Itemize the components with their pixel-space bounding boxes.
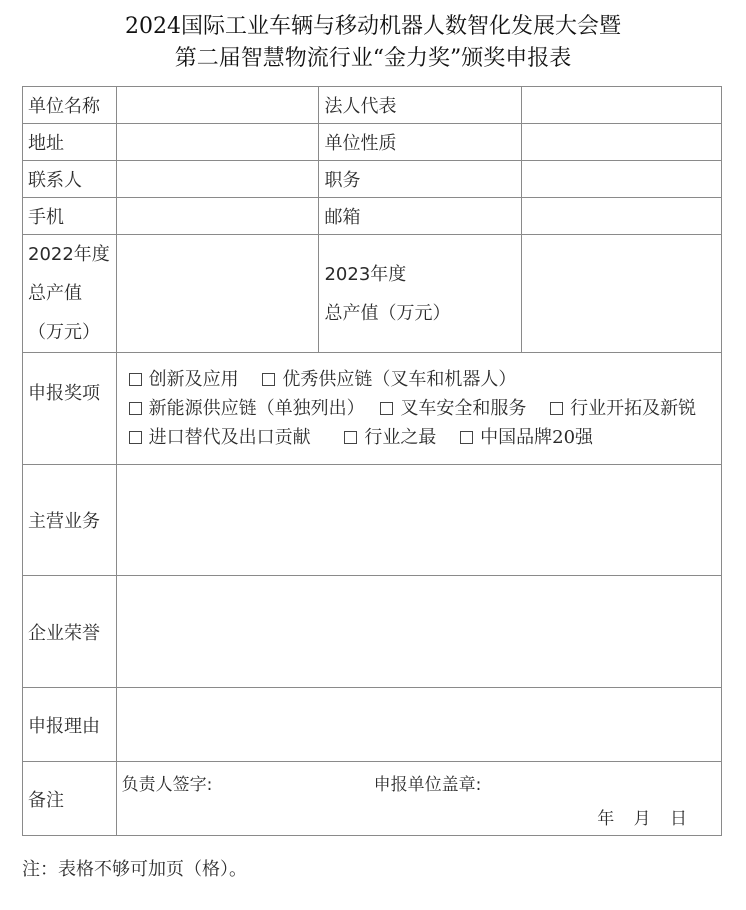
checkbox-icon[interactable] [550, 402, 563, 415]
checkbox-icon[interactable] [380, 402, 393, 415]
checkbox-icon[interactable] [129, 373, 142, 386]
award-option[interactable]: 进口替代及出口贡献 [129, 427, 311, 448]
company-name-label: 单位名称 [23, 87, 117, 124]
remarks-label: 备注 [23, 762, 117, 836]
main-business-label: 主营业务 [23, 465, 117, 576]
signature-label: 负责人签字: [122, 770, 213, 795]
reason-field[interactable] [116, 688, 721, 762]
checkbox-icon[interactable] [129, 431, 142, 444]
address-label: 地址 [23, 124, 117, 161]
remarks-field[interactable]: 负责人签字: 申报单位盖章: 年 月 日 [116, 762, 721, 836]
date-label: 年 月 日 [597, 804, 687, 829]
award-option[interactable]: 创新及应用 [129, 369, 239, 390]
contact-label: 联系人 [23, 161, 117, 198]
output-2022-field[interactable] [116, 235, 319, 353]
form-title-line1: 2024国际工业车辆与移动机器人数智化发展大会暨 [0, 9, 746, 40]
company-type-field[interactable] [522, 124, 722, 161]
form-title-line2: 第二届智慧物流行业“金力奖”颁奖申报表 [0, 41, 746, 72]
award-category-label: 申报奖项 [23, 353, 117, 465]
footnote: 注：表格不够可加页（格）。 [22, 855, 247, 881]
award-option[interactable]: 行业之最 [344, 427, 436, 448]
main-business-field[interactable] [116, 465, 721, 576]
legal-rep-field[interactable] [522, 87, 722, 124]
checkbox-icon[interactable] [460, 431, 473, 444]
email-label: 邮箱 [319, 198, 522, 235]
checkbox-icon[interactable] [262, 373, 275, 386]
company-name-field[interactable] [116, 87, 319, 124]
award-option[interactable]: 叉车安全和服务 [380, 398, 526, 419]
position-label: 职务 [319, 161, 522, 198]
address-field[interactable] [116, 124, 319, 161]
award-options: 创新及应用 优秀供应链（叉车和机器人） 新能源供应链（单独列出） 叉车安全和服务… [116, 353, 721, 465]
award-option[interactable]: 新能源供应链（单独列出） [129, 398, 365, 419]
award-option[interactable]: 中国品牌20强 [460, 427, 593, 448]
company-type-label: 单位性质 [319, 124, 522, 161]
honors-label: 企业荣誉 [23, 576, 117, 688]
seal-label: 申报单位盖章: [374, 770, 482, 795]
honors-field[interactable] [116, 576, 721, 688]
legal-rep-label: 法人代表 [319, 87, 522, 124]
mobile-label: 手机 [23, 198, 117, 235]
reason-label: 申报理由 [23, 688, 117, 762]
output-2023-field[interactable] [522, 235, 722, 353]
award-option[interactable]: 优秀供应链（叉车和机器人） [262, 369, 516, 390]
award-option[interactable]: 行业开拓及新锐 [550, 398, 696, 419]
contact-field[interactable] [116, 161, 319, 198]
position-field[interactable] [522, 161, 722, 198]
mobile-field[interactable] [116, 198, 319, 235]
output-2023-label: 2023年度 总产值（万元） [319, 235, 522, 353]
checkbox-icon[interactable] [344, 431, 357, 444]
output-2022-label: 2022年度 总产值 （万元） [23, 235, 117, 353]
email-field[interactable] [522, 198, 722, 235]
checkbox-icon[interactable] [129, 402, 142, 415]
application-form-table: 单位名称 法人代表 地址 单位性质 联系人 职务 手机 邮箱 2022年度 总产… [22, 86, 722, 836]
